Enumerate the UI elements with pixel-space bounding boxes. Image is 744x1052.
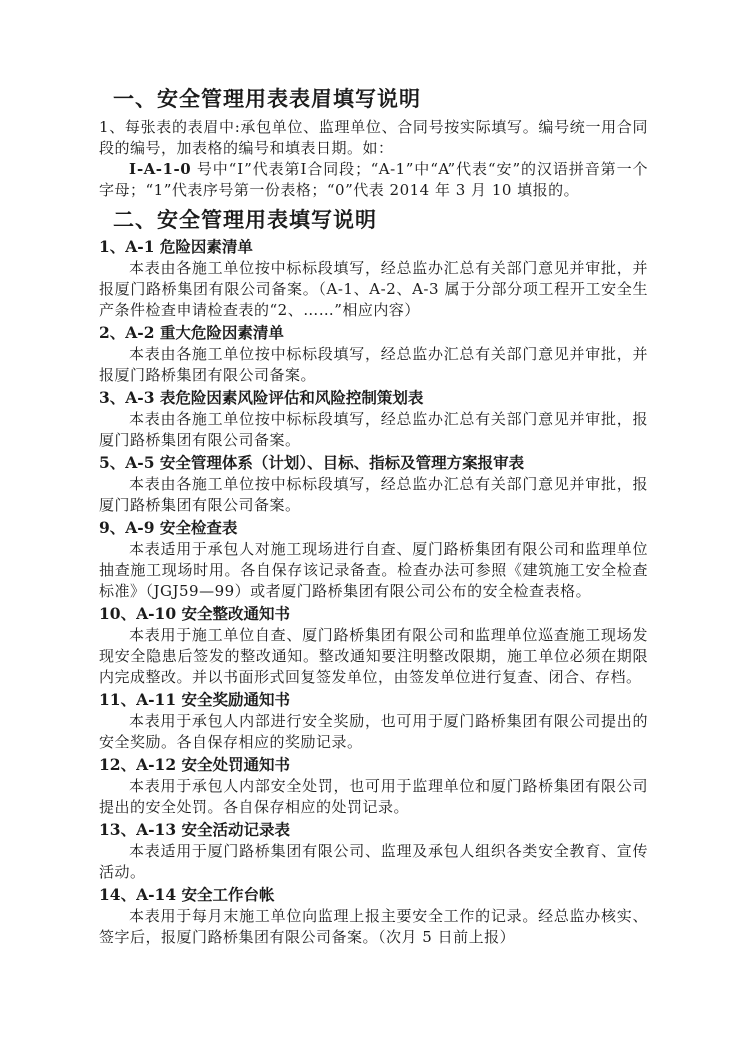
form-item-title: 12、A-12 安全处罚通知书 (99, 754, 648, 776)
section-2-heading: 二、安全管理用表填写说明 (99, 205, 648, 234)
document-page: 一、安全管理用表表眉填写说明 1、每张表的表眉中:承包单位、监理单位、合同号按实… (0, 0, 744, 1052)
form-item-body: 本表由各施工单位按中标标段填写，经总监办汇总有关部门意见并审批，报厦门路桥集团有… (99, 409, 648, 451)
form-item-body: 本表用于承包人内部进行安全奖励，也可用于厦门路桥集团有限公司提出的安全奖励。各自… (99, 711, 648, 753)
form-item-title: 5、A-5 安全管理体系（计划）、目标、指标及管理方案报审表 (99, 452, 648, 474)
form-item-body: 本表用于每月末施工单位向监理上报主要安全工作的记录。经总监办核实、签字后，报厦门… (99, 906, 648, 948)
form-item-body: 本表用于施工单位自查、厦门路桥集团有限公司和监理单位巡查施工现场发现安全隐患后签… (99, 625, 648, 688)
form-item-body: 本表适用于承包人对施工现场进行自查、厦门路桥集团有限公司和监理单位抽查施工现场时… (99, 539, 648, 602)
form-item-a3: 3、A-3 表危险因素风险评估和风险控制策划表 本表由各施工单位按中标标段填写，… (99, 387, 648, 451)
form-item-body: 本表由各施工单位按中标标段填写，经总监办汇总有关部门意见并审批，报厦门路桥集团有… (99, 474, 648, 516)
form-item-body: 本表由各施工单位按中标标段填写，经总监办汇总有关部门意见并审批，并报厦门路桥集团… (99, 258, 648, 321)
form-item-a1: 1、A-1 危险因素清单 本表由各施工单位按中标标段填写，经总监办汇总有关部门意… (99, 236, 648, 321)
form-item-a10: 10、A-10 安全整改通知书 本表用于施工单位自查、厦门路桥集团有限公司和监理… (99, 603, 648, 688)
form-item-title: 11、A-11 安全奖励通知书 (99, 689, 648, 711)
document-content: 一、安全管理用表表眉填写说明 1、每张表的表眉中:承包单位、监理单位、合同号按实… (99, 84, 648, 948)
form-item-a13: 13、A-13 安全活动记录表 本表适用于厦门路桥集团有限公司、监理及承包人组织… (99, 819, 648, 883)
form-item-title: 1、A-1 危险因素清单 (99, 236, 648, 258)
intro-paragraph-2: Ⅰ-A-1-0 号中“Ⅰ”代表第Ⅰ合同段；“A-1”中“A”代表“安”的汉语拼音… (99, 159, 648, 201)
form-item-title: 13、A-13 安全活动记录表 (99, 819, 648, 841)
form-item-title: 14、A-14 安全工作台帐 (99, 884, 648, 906)
form-item-title: 2、A-2 重大危险因素清单 (99, 322, 648, 344)
form-item-a11: 11、A-11 安全奖励通知书 本表用于承包人内部进行安全奖励，也可用于厦门路桥… (99, 689, 648, 753)
form-item-body: 本表适用于厦门路桥集团有限公司、监理及承包人组织各类安全教育、宣传活动。 (99, 841, 648, 883)
form-item-a2: 2、A-2 重大危险因素清单 本表由各施工单位按中标标段填写，经总监办汇总有关部… (99, 322, 648, 386)
form-item-title: 9、A-9 安全检查表 (99, 517, 648, 539)
form-item-a9: 9、A-9 安全检查表 本表适用于承包人对施工现场进行自查、厦门路桥集团有限公司… (99, 517, 648, 602)
section-1-heading: 一、安全管理用表表眉填写说明 (99, 84, 648, 113)
form-item-a5: 5、A-5 安全管理体系（计划）、目标、指标及管理方案报审表 本表由各施工单位按… (99, 452, 648, 516)
form-item-body: 本表用于承包人内部安全处罚，也可用于监理单位和厦门路桥集团有限公司提出的安全处罚… (99, 776, 648, 818)
form-item-title: 10、A-10 安全整改通知书 (99, 603, 648, 625)
form-item-a12: 12、A-12 安全处罚通知书 本表用于承包人内部安全处罚，也可用于监理单位和厦… (99, 754, 648, 818)
form-item-title: 3、A-3 表危险因素风险评估和风险控制策划表 (99, 387, 648, 409)
form-item-a14: 14、A-14 安全工作台帐 本表用于每月末施工单位向监理上报主要安全工作的记录… (99, 884, 648, 948)
form-item-body: 本表由各施工单位按中标标段填写，经总监办汇总有关部门意见并审批，并报厦门路桥集团… (99, 344, 648, 386)
intro-paragraph-1: 1、每张表的表眉中:承包单位、监理单位、合同号按实际填写。编号统一用合同段的编号… (99, 117, 648, 159)
form-code-example: Ⅰ-A-1-0 (129, 160, 191, 178)
